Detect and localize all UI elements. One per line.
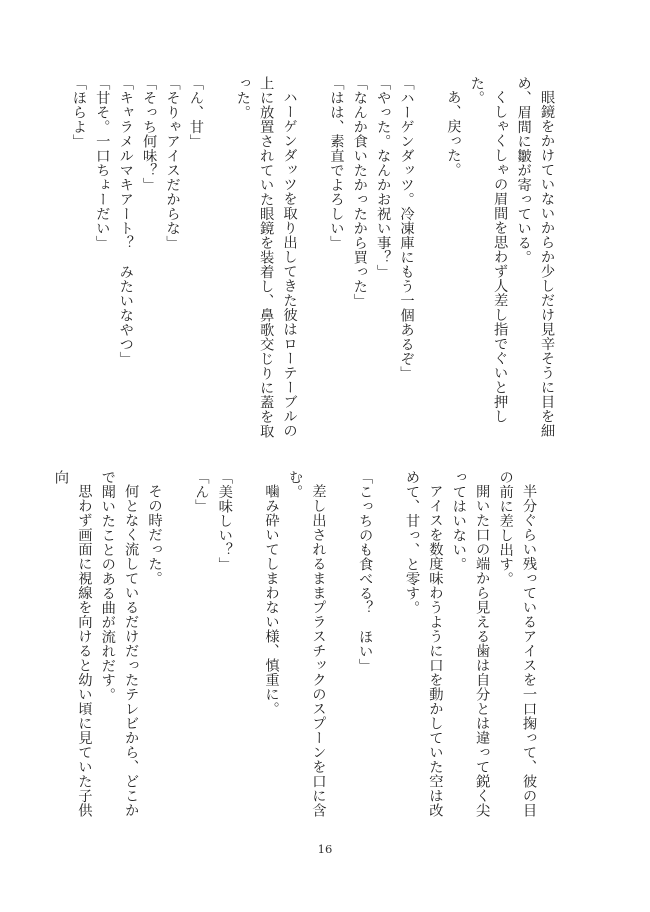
- dialogue-line: 「キャラメルマキアート？ みたいなやつ」: [113, 76, 136, 449]
- narration-line: あ、戻った。: [441, 76, 464, 449]
- dialogue-line: 「ん、甘」: [184, 76, 207, 449]
- narration-line: アイスを数度味わうように口を動かしていた空は改めて、甘っ、と零す。: [400, 470, 447, 829]
- dialogue-line: 「ん」: [189, 470, 212, 829]
- dialogue-line: 「甘そ。一口ちょーだい」: [90, 76, 113, 449]
- narration-line: 噛み砕いてしまわない様、慎重に。: [259, 470, 282, 829]
- blank-line: [207, 76, 230, 449]
- dialogue-line: 「ほらよ」: [67, 76, 90, 449]
- dialogue-line: 「そりゃアイスだからな」: [160, 76, 183, 449]
- dialogue-line: 「こっちのも食べる？ ほい」: [353, 470, 376, 829]
- blank-line: [166, 470, 189, 829]
- narration-line: 開いた口の端から見える歯は自分とは違って鋭く尖ってはいない。: [446, 470, 493, 829]
- blank-line: [236, 470, 259, 829]
- dialogue-line: 「なんか食いたかったから買った」: [347, 76, 370, 449]
- narration-line: くしゃくしゃの眉間を思わず人差し指でぐいと押した。: [464, 76, 511, 449]
- narration-line: ハーゲンダッツを取り出してきた彼はローテーブルの上に放置されていた眼鏡を装着し、…: [230, 76, 300, 449]
- narration-line: 思わず画面に視線を向けると幼い頃に見ていた子供向: [49, 470, 96, 829]
- dialogue-line: 「ハーゲンダッツ。冷凍庫にもう一個あるぞ」: [394, 76, 417, 449]
- blank-line: [301, 76, 324, 449]
- page-number: 16: [0, 842, 650, 856]
- text-block-bottom: 半分ぐらい残っているアイスを一口掬って、彼の目の前に差し出す。 開いた口の端から…: [49, 470, 540, 829]
- dialogue-line: 「はは、素直でよろしい」: [324, 76, 347, 449]
- dialogue-line: 「美味しい？」: [212, 470, 235, 829]
- novel-page: 眼鏡をかけていないからか少しだけ見辛そうに目を細め、眉間に皺が寄っている。 くし…: [0, 0, 650, 912]
- dialogue-line: 「やった。なんかお祝い事？」: [371, 76, 394, 449]
- narration-line: 差し出されるままプラスチックのスプーンを口に含む。: [283, 470, 330, 829]
- blank-line: [418, 76, 441, 449]
- narration-line: その時だった。: [142, 470, 165, 829]
- narration-line: 何となく流しているだけだったテレビから、どこかで聞いたことのある曲が流れだす。: [95, 470, 142, 829]
- dialogue-line: 「そっち何味？」: [137, 76, 160, 449]
- narration-line: 眼鏡をかけていないからか少しだけ見辛そうに目を細め、眉間に皺が寄っている。: [511, 76, 558, 449]
- narration-line: 半分ぐらい残っているアイスを一口掬って、彼の目の前に差し出す。: [493, 470, 540, 829]
- blank-line: [376, 470, 399, 829]
- text-block-top: 眼鏡をかけていないからか少しだけ見辛そうに目を細め、眉間に皺が寄っている。 くし…: [67, 76, 558, 449]
- blank-line: [329, 470, 352, 829]
